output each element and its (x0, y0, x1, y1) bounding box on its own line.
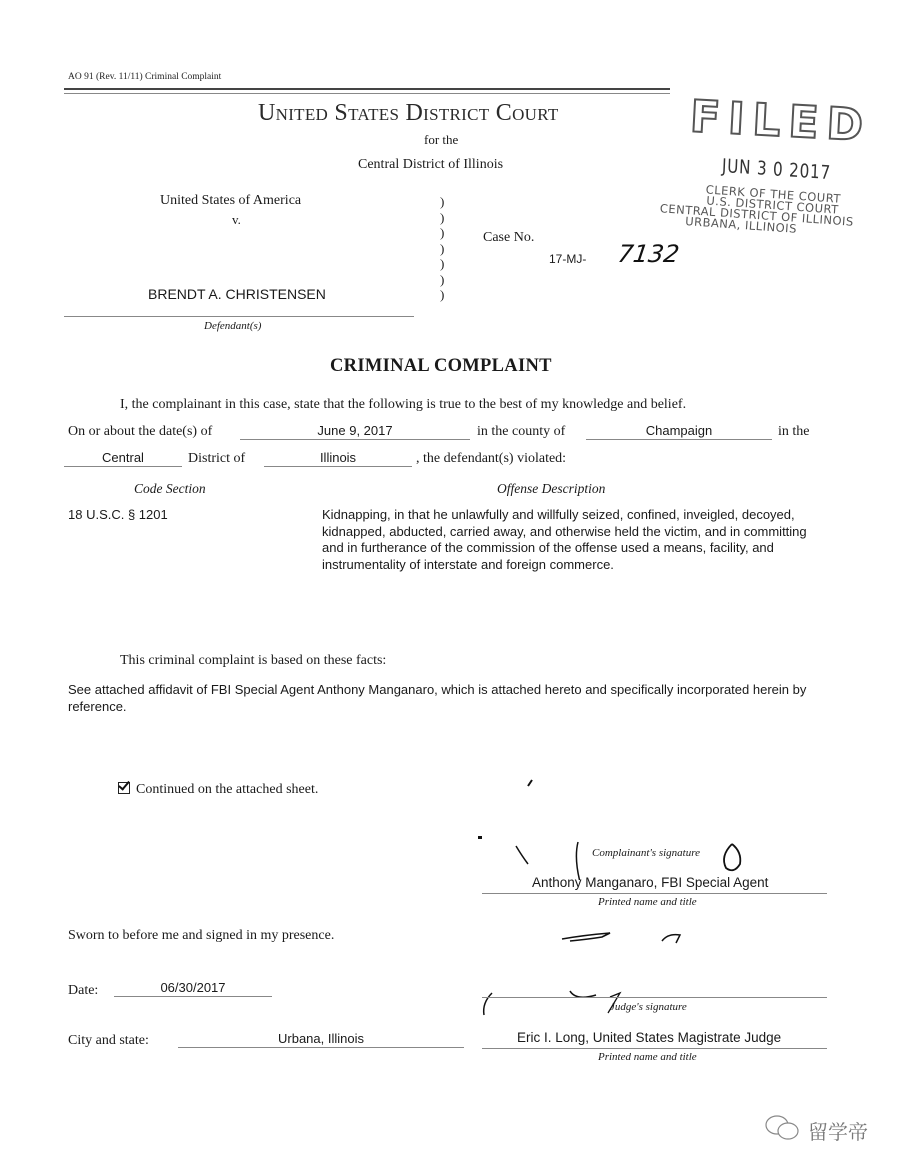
document-title: CRIMINAL COMPLAINT (330, 356, 552, 377)
continued-label: Continued on the attached sheet. (136, 782, 318, 797)
offense-description-value: Kidnapping, in that he unlawfully and wi… (322, 507, 822, 573)
bracket: ) (440, 225, 444, 241)
case-number-handwritten: 7132 (616, 240, 681, 268)
code-section-value: 18 U.S.C. § 1201 (68, 507, 168, 522)
sworn-statement: Sworn to before me and signed in my pres… (68, 928, 334, 944)
bracket: ) (440, 194, 444, 210)
complainant-printed-name: Anthony Manganaro, FBI Special Agent (532, 875, 768, 890)
facts-intro: This criminal complaint is based on thes… (120, 653, 386, 669)
case-number-label: Case No. (483, 230, 534, 246)
judge-name-rule (482, 1048, 827, 1049)
court-district: Central District of Illinois (358, 157, 503, 173)
district-field[interactable]: Central (64, 450, 182, 467)
checkbox-checked-icon[interactable] (118, 782, 130, 794)
watermark-text: 留学帝 (808, 1116, 868, 1145)
bracket: ) (440, 241, 444, 257)
judge-signature-rule (482, 997, 827, 998)
city-state-field[interactable]: Urbana, Illinois (178, 1031, 464, 1048)
intro-statement: I, the complainant in this case, state t… (120, 397, 686, 413)
clerk-stamp: CLERK OF THE COURT U.S. DISTRICT COURT C… (659, 181, 856, 238)
code-section-header: Code Section (134, 481, 206, 497)
case-number-prefix: 17-MJ- (549, 252, 586, 266)
in-the-label: in the (778, 424, 810, 440)
district-of-label: District of (188, 451, 245, 467)
bracket: ) (440, 272, 444, 288)
plaintiff-name: United States of America (160, 193, 301, 209)
judge-signature-label: Judge's signature (610, 1001, 687, 1013)
date-label: Date: (68, 983, 98, 999)
court-for-the: for the (424, 132, 458, 148)
complainant-signature-label: Complainant's signature (592, 847, 700, 859)
date-of-offense-label: On or about the date(s) of (68, 424, 212, 440)
bracket: ) (440, 210, 444, 226)
court-title: United States District Court (258, 100, 559, 127)
complainant-printed-label: Printed name and title (598, 896, 697, 908)
complainant-name-rule (482, 893, 827, 894)
header-rule (64, 88, 670, 94)
bracket: ) (440, 256, 444, 272)
bracket: ) (440, 287, 444, 303)
continued-checkbox-row[interactable]: Continued on the attached sheet. (118, 782, 318, 798)
date-of-offense-field[interactable]: June 9, 2017 (240, 423, 470, 440)
wechat-icon (764, 1114, 800, 1142)
county-field[interactable]: Champaign (586, 423, 772, 440)
violated-label: , the defendant(s) violated: (416, 451, 566, 467)
versus-label: v. (232, 212, 241, 228)
complainant-signature-marks (470, 770, 770, 880)
judge-printed-name: Eric I. Long, United States Magistrate J… (517, 1030, 781, 1045)
date-field[interactable]: 06/30/2017 (114, 980, 272, 997)
county-label: in the county of (477, 424, 565, 440)
filed-stamp-date: JUN 3 0 2017 (722, 155, 832, 184)
city-state-label: City and state: (68, 1033, 149, 1049)
form-identifier: AO 91 (Rev. 11/11) Criminal Complaint (68, 72, 221, 82)
defendant-name: BRENDT A. CHRISTENSEN (148, 286, 326, 302)
judge-printed-label: Printed name and title (598, 1051, 697, 1063)
facts-body: See attached affidavit of FBI Special Ag… (68, 682, 828, 715)
state-field[interactable]: Illinois (264, 450, 412, 467)
offense-description-header: Offense Description (497, 481, 605, 497)
filed-stamp: FILED (689, 91, 872, 151)
defendant-label: Defendant(s) (204, 320, 261, 332)
caption-brackets: ) ) ) ) ) ) ) (440, 194, 444, 303)
defendant-rule (64, 316, 414, 317)
